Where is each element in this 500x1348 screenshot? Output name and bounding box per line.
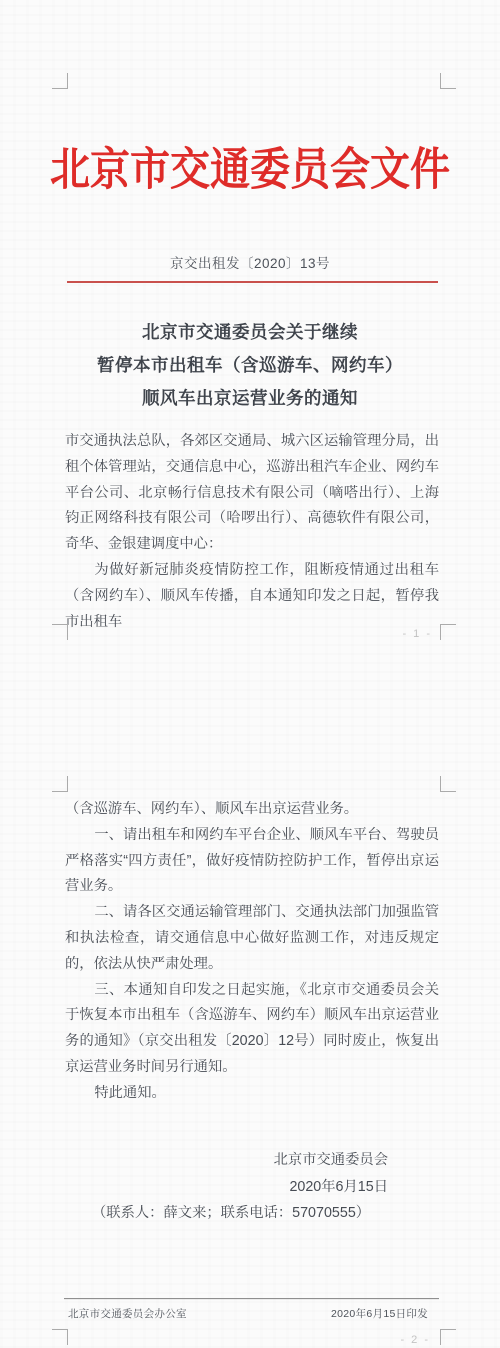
corner-mark-icon	[52, 1329, 68, 1345]
page1-number: - 1 -	[402, 628, 432, 640]
page2-number: - 2 -	[400, 1334, 430, 1346]
corner-mark-icon	[440, 73, 456, 89]
intro-paragraph: 为做好新冠肺炎疫情防控工作，阻断疫情通过出租车（含网约车）、顺风车传播，自本通知…	[65, 558, 439, 635]
corner-mark-icon	[440, 624, 456, 640]
document-number: 京交出租发〔2020〕13号	[0, 252, 500, 272]
signature-block: 北京市交通委员会 2020年6月15日	[0, 1147, 388, 1200]
corner-mark-icon	[440, 776, 456, 792]
footer-office: 北京市交通委员会办公室	[68, 1306, 187, 1321]
item-2-paragraph: 二、请各区交通运输管理部门、交通执法部门加强监管和执法检查，请交通信息中心做好监…	[65, 900, 439, 977]
contact-line: （联系人：薛文来；联系电话：57070555）	[92, 1202, 370, 1222]
notice-title-line-3: 顺风车出京运营业务的通知	[0, 382, 500, 415]
footer-divider	[64, 1298, 439, 1299]
notice-title-line-1: 北京市交通委员会关于继续	[0, 316, 500, 349]
page1-body: 市交通执法总队，各郊区交通局、城六区运输管理分局，出租个体管理站，交通信息中心，…	[65, 429, 439, 635]
notice-title-line-2: 暂停本市出租车（含巡游车、网约车）	[0, 349, 500, 382]
signer-name: 北京市交通委员会	[0, 1147, 388, 1174]
sign-date: 2020年6月15日	[0, 1174, 388, 1201]
red-divider	[67, 281, 438, 283]
corner-mark-icon	[440, 1329, 456, 1345]
continuation-line: （含巡游车、网约车）、顺风车出京运营业务。	[65, 797, 439, 823]
corner-mark-icon	[52, 776, 68, 792]
scanned-document: 北京市交通委员会文件 京交出租发〔2020〕13号 北京市交通委员会关于继续 暂…	[0, 0, 500, 1348]
item-3-paragraph: 三、本通知自印发之日起实施，《北京市交通委员会关于恢复本市出租车（含巡游车、网约…	[65, 978, 439, 1081]
footer-print-date: 2020年6月15日印发	[331, 1306, 428, 1321]
page2-body: （含巡游车、网约车）、顺风车出京运营业务。 一、请出租车和网约车平台企业、顺风车…	[65, 797, 439, 1107]
corner-mark-icon	[52, 73, 68, 89]
corner-mark-icon	[52, 624, 68, 640]
notice-title: 北京市交通委员会关于继续 暂停本市出租车（含巡游车、网约车） 顺风车出京运营业务…	[0, 316, 500, 415]
footer-row: 北京市交通委员会办公室 2020年6月15日印发	[68, 1306, 428, 1321]
closing-line: 特此通知。	[65, 1081, 439, 1107]
agency-header-title: 北京市交通委员会文件	[0, 134, 500, 198]
item-1-paragraph: 一、请出租车和网约车平台企业、顺风车平台、驾驶员严格落实“四方责任”，做好疫情防…	[65, 823, 439, 900]
recipients-paragraph: 市交通执法总队，各郊区交通局、城六区运输管理分局，出租个体管理站，交通信息中心，…	[65, 429, 439, 558]
